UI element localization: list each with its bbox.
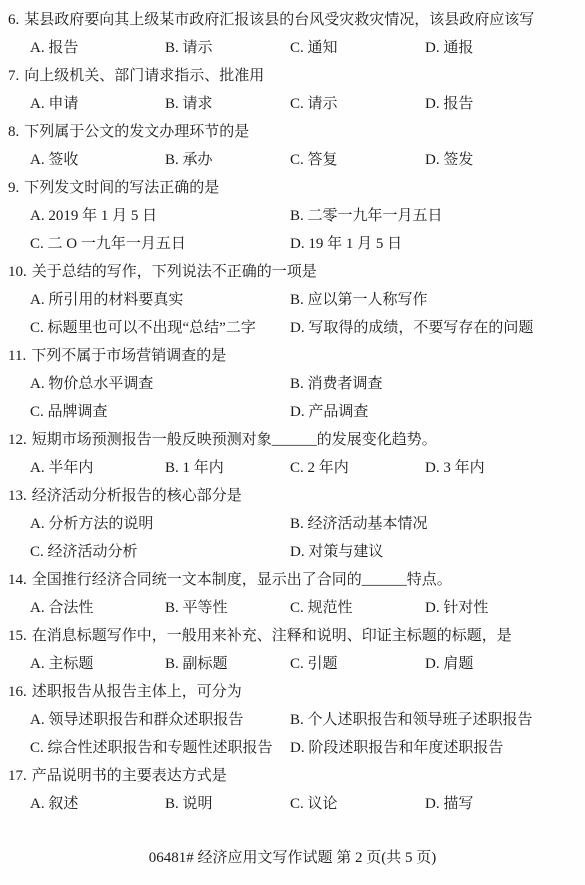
question-number: 16. [8,684,27,700]
answer-option-d: D. 针对性 [425,594,581,622]
question-item: 11.下列不属于市场营销调查的是A. 物价总水平调查B. 消费者调查C. 品牌调… [8,342,581,426]
page-footer-text: 06481# 经济应用文写作试题 第 2 页(共 5 页) [149,850,437,866]
question-number: 10. [8,264,27,280]
question-number: 9. [8,180,19,196]
option-row: A. 2019 年 1 月 5 日B. 二零一九年一月五日 [8,202,581,230]
question-stem: 经济活动分析报告的核心部分是 [32,488,242,504]
answer-option-b: B. 副标题 [165,650,290,678]
answer-option-c: C. 品牌调查 [30,398,290,426]
answer-option-c: C. 请示 [290,90,425,118]
question-line: 14.全国推行经济合同统一文本制度，显示出了合同的______特点。 [8,566,581,594]
question-number: 15. [8,628,27,644]
question-item: 15.在消息标题写作中，一般用来补充、注释和说明、印证主标题的标题，是A. 主标… [8,622,581,678]
option-row: C. 综合性述职报告和专题性述职报告D. 阶段述职报告和年度述职报告 [8,734,581,762]
option-row: C. 二 O 一九年一月五日D. 19 年 1 月 5 日 [8,230,581,258]
answer-option-c: C. 通知 [290,34,425,62]
answer-option-d: D. 阶段述职报告和年度述职报告 [290,734,581,762]
question-line: 8.下列属于公文的发文办理环节的是 [8,118,581,146]
question-line: 13.经济活动分析报告的核心部分是 [8,482,581,510]
option-row: A. 所引用的材料要真实B. 应以第一人称写作 [8,286,581,314]
answer-option-d: D. 3 年内 [425,454,581,482]
answer-option-a: A. 物价总水平调查 [30,370,290,398]
question-item: 10.关于总结的写作，下列说法不正确的一项是A. 所引用的材料要真实B. 应以第… [8,258,581,342]
answer-option-c: C. 综合性述职报告和专题性述职报告 [30,734,290,762]
answer-option-d: D. 19 年 1 月 5 日 [290,230,581,258]
option-row: C. 标题里也可以不出现“总结”二字D. 写取得的成绩，不要写存在的问题 [8,314,581,342]
answer-option-a: A. 半年内 [30,454,165,482]
answer-option-a: A. 主标题 [30,650,165,678]
answer-option-d: D. 报告 [425,90,581,118]
question-stem: 全国推行经济合同统一文本制度，显示出了合同的______特点。 [32,572,452,588]
option-row: A. 领导述职报告和群众述职报告B. 个人述职报告和领导班子述职报告 [8,706,581,734]
option-row: A. 主标题B. 副标题C. 引题D. 肩题 [8,650,581,678]
question-number: 17. [8,768,27,784]
question-item: 14.全国推行经济合同统一文本制度，显示出了合同的______特点。A. 合法性… [8,566,581,622]
question-line: 7.向上级机关、部门请求指示、批准用 [8,62,581,90]
answer-option-c: C. 标题里也可以不出现“总结”二字 [30,314,290,342]
answer-option-b: B. 说明 [165,790,290,818]
question-stem: 关于总结的写作，下列说法不正确的一项是 [32,264,317,280]
answer-option-a: A. 所引用的材料要真实 [30,286,290,314]
question-stem: 向上级机关、部门请求指示、批准用 [24,68,264,84]
option-row: A. 叙述B. 说明C. 议论D. 描写 [8,790,581,818]
question-item: 12.短期市场预测报告一般反映预测对象______的发展变化趋势。A. 半年内B… [8,426,581,482]
question-line: 15.在消息标题写作中，一般用来补充、注释和说明、印证主标题的标题，是 [8,622,581,650]
option-row: C. 品牌调查D. 产品调查 [8,398,581,426]
question-line: 17.产品说明书的主要表达方式是 [8,762,581,790]
answer-option-a: A. 申请 [30,90,165,118]
answer-option-b: B. 1 年内 [165,454,290,482]
question-item: 7.向上级机关、部门请求指示、批准用A. 申请B. 请求C. 请示D. 报告 [8,62,581,118]
answer-option-a: A. 合法性 [30,594,165,622]
answer-option-b: B. 请求 [165,90,290,118]
question-stem: 下列发文时间的写法正确的是 [24,180,219,196]
question-item: 16.述职报告从报告主体上，可分为A. 领导述职报告和群众述职报告B. 个人述职… [8,678,581,762]
question-line: 16.述职报告从报告主体上，可分为 [8,678,581,706]
question-line: 10.关于总结的写作，下列说法不正确的一项是 [8,258,581,286]
answer-option-b: B. 应以第一人称写作 [290,286,581,314]
answer-option-b: B. 平等性 [165,594,290,622]
answer-option-d: D. 产品调查 [290,398,581,426]
question-stem: 述职报告从报告主体上，可分为 [32,684,242,700]
answer-option-c: C. 引题 [290,650,425,678]
answer-option-d: D. 签发 [425,146,581,174]
answer-option-d: D. 通报 [425,34,581,62]
option-row: A. 合法性B. 平等性C. 规范性D. 针对性 [8,594,581,622]
question-item: 8.下列属于公文的发文办理环节的是A. 签收B. 承办C. 答复D. 签发 [8,118,581,174]
option-row: A. 报告B. 请示C. 通知D. 通报 [8,34,581,62]
question-number: 11. [8,348,26,364]
answer-option-d: D. 肩题 [425,650,581,678]
answer-option-c: C. 答复 [290,146,425,174]
answer-option-c: C. 规范性 [290,594,425,622]
question-line: 11.下列不属于市场营销调查的是 [8,342,581,370]
question-item: 6.某县政府要向其上级某市政府汇报该县的台风受灾救灾情况，该县政府应该写A. 报… [8,6,581,62]
answer-option-d: D. 写取得的成绩，不要写存在的问题 [290,314,581,342]
answer-option-d: D. 描写 [425,790,581,818]
option-row: C. 经济活动分析D. 对策与建议 [8,538,581,566]
question-number: 6. [8,12,19,28]
question-line: 6.某县政府要向其上级某市政府汇报该县的台风受灾救灾情况，该县政府应该写 [8,6,581,34]
option-row: A. 分析方法的说明B. 经济活动基本情况 [8,510,581,538]
question-stem: 产品说明书的主要表达方式是 [32,768,227,784]
exam-page: 6.某县政府要向其上级某市政府汇报该县的台风受灾救灾情况，该县政府应该写A. 报… [0,0,585,885]
question-stem: 下列属于公文的发文办理环节的是 [24,124,249,140]
answer-option-a: A. 2019 年 1 月 5 日 [30,202,290,230]
answer-option-a: A. 领导述职报告和群众述职报告 [30,706,290,734]
answer-option-a: A. 报告 [30,34,165,62]
answer-option-c: C. 经济活动分析 [30,538,290,566]
answer-option-a: A. 分析方法的说明 [30,510,290,538]
question-number: 13. [8,488,27,504]
answer-option-b: B. 请示 [165,34,290,62]
question-stem: 短期市场预测报告一般反映预测对象______的发展变化趋势。 [32,432,437,448]
answer-option-a: A. 签收 [30,146,165,174]
question-item: 9.下列发文时间的写法正确的是A. 2019 年 1 月 5 日B. 二零一九年… [8,174,581,258]
option-row: A. 半年内B. 1 年内C. 2 年内D. 3 年内 [8,454,581,482]
question-number: 14. [8,572,27,588]
question-item: 13.经济活动分析报告的核心部分是A. 分析方法的说明B. 经济活动基本情况C.… [8,482,581,566]
answer-option-b: B. 经济活动基本情况 [290,510,581,538]
answer-option-d: D. 对策与建议 [290,538,581,566]
option-row: A. 签收B. 承办C. 答复D. 签发 [8,146,581,174]
question-number: 8. [8,124,19,140]
answer-option-c: C. 议论 [290,790,425,818]
question-line: 9.下列发文时间的写法正确的是 [8,174,581,202]
answer-option-b: B. 二零一九年一月五日 [290,202,581,230]
answer-option-c: C. 2 年内 [290,454,425,482]
question-stem: 在消息标题写作中，一般用来补充、注释和说明、印证主标题的标题，是 [32,628,512,644]
answer-option-b: B. 个人述职报告和领导班子述职报告 [290,706,581,734]
answer-option-b: B. 消费者调查 [290,370,581,398]
option-row: A. 物价总水平调查B. 消费者调查 [8,370,581,398]
answer-option-c: C. 二 O 一九年一月五日 [30,230,290,258]
question-number: 12. [8,432,27,448]
answer-option-b: B. 承办 [165,146,290,174]
question-line: 12.短期市场预测报告一般反映预测对象______的发展变化趋势。 [8,426,581,454]
option-row: A. 申请B. 请求C. 请示D. 报告 [8,90,581,118]
page-footer: 06481# 经济应用文写作试题 第 2 页(共 5 页) [0,847,585,869]
question-item: 17.产品说明书的主要表达方式是A. 叙述B. 说明C. 议论D. 描写 [8,762,581,818]
question-number: 7. [8,68,19,84]
question-stem: 下列不属于市场营销调查的是 [31,348,226,364]
question-stem: 某县政府要向其上级某市政府汇报该县的台风受灾救灾情况，该县政府应该写 [24,12,534,28]
question-list: 6.某县政府要向其上级某市政府汇报该县的台风受灾救灾情况，该县政府应该写A. 报… [0,0,585,818]
answer-option-a: A. 叙述 [30,790,165,818]
